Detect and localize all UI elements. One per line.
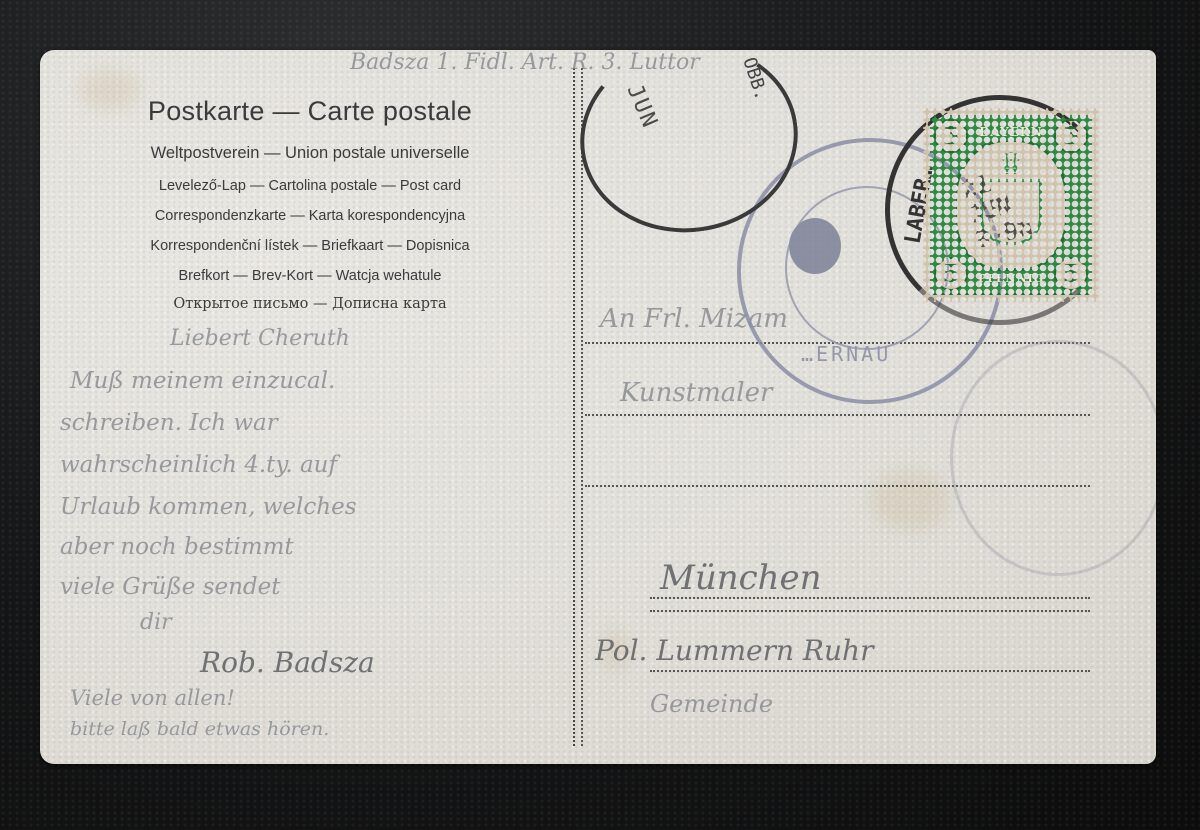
message-line: viele Grüße sendet: [60, 574, 281, 600]
printed-line: Korrespondenční lístek — Briefkaart — Do…: [90, 238, 530, 254]
message-line: wahrscheinlich 4.ty. auf: [60, 452, 337, 478]
stamp-value: 5: [1054, 257, 1088, 291]
center-divider: [573, 68, 583, 746]
printed-line: Correspondenzkarte — Karta korespondency…: [90, 208, 530, 224]
message-line: aber noch bestimmt: [60, 534, 294, 560]
postmark-date: JUN: [622, 81, 663, 133]
printed-line: Brefkort — Brev-Kort — Watcja wehatule: [90, 268, 530, 284]
printed-title: Postkarte — Carte postale: [100, 96, 520, 127]
printed-line: Weltpostverein — Union postale universel…: [90, 144, 530, 163]
postage-stamp: BAYERN PFENNIG 5 5 5 5 ♛ 21 JUN 8-9N: [923, 108, 1099, 302]
message-line: bitte laß bald etwas hören.: [70, 718, 329, 740]
eagle-seal-icon: [789, 218, 841, 274]
printed-line: Открытое письмо — Дописна карта: [90, 296, 530, 312]
message-line: Muß meinem einzucal.: [70, 368, 335, 394]
stamp-value: 5: [1054, 119, 1088, 153]
address-line-text: Pol. Lummern Ruhr: [595, 634, 873, 667]
address-line: [650, 610, 1090, 612]
faint-postmark: [950, 340, 1156, 576]
message-line: Urlaub kommen, welches: [60, 494, 357, 520]
address-line-text: München: [660, 558, 822, 598]
seal-text: …ERNAU: [801, 342, 891, 366]
message-line: Liebert Cheruth: [170, 326, 350, 351]
stamp-value: 5: [934, 119, 968, 153]
age-stain: [870, 470, 950, 530]
signature: Rob. Badsza: [200, 646, 375, 679]
stamp-value: 5: [934, 257, 968, 291]
postmark-place: OBB.: [738, 55, 771, 103]
address-line: [650, 670, 1090, 672]
message-line: dir: [140, 610, 172, 635]
printed-line: Levelező-Lap — Cartolina postale — Post …: [90, 178, 530, 194]
message-line: schreiben. Ich war: [60, 410, 278, 436]
address-line-text: Gemeinde: [650, 690, 773, 718]
postcard: Postkarte — Carte postale Weltpostverein…: [40, 50, 1156, 764]
stamp-frame: BAYERN PFENNIG 5 5 5 5 ♛ 21 JUN 8-9N: [930, 115, 1092, 295]
message-line: Viele von allen!: [70, 686, 235, 710]
address-line-text: Kunstmaler: [620, 378, 772, 408]
